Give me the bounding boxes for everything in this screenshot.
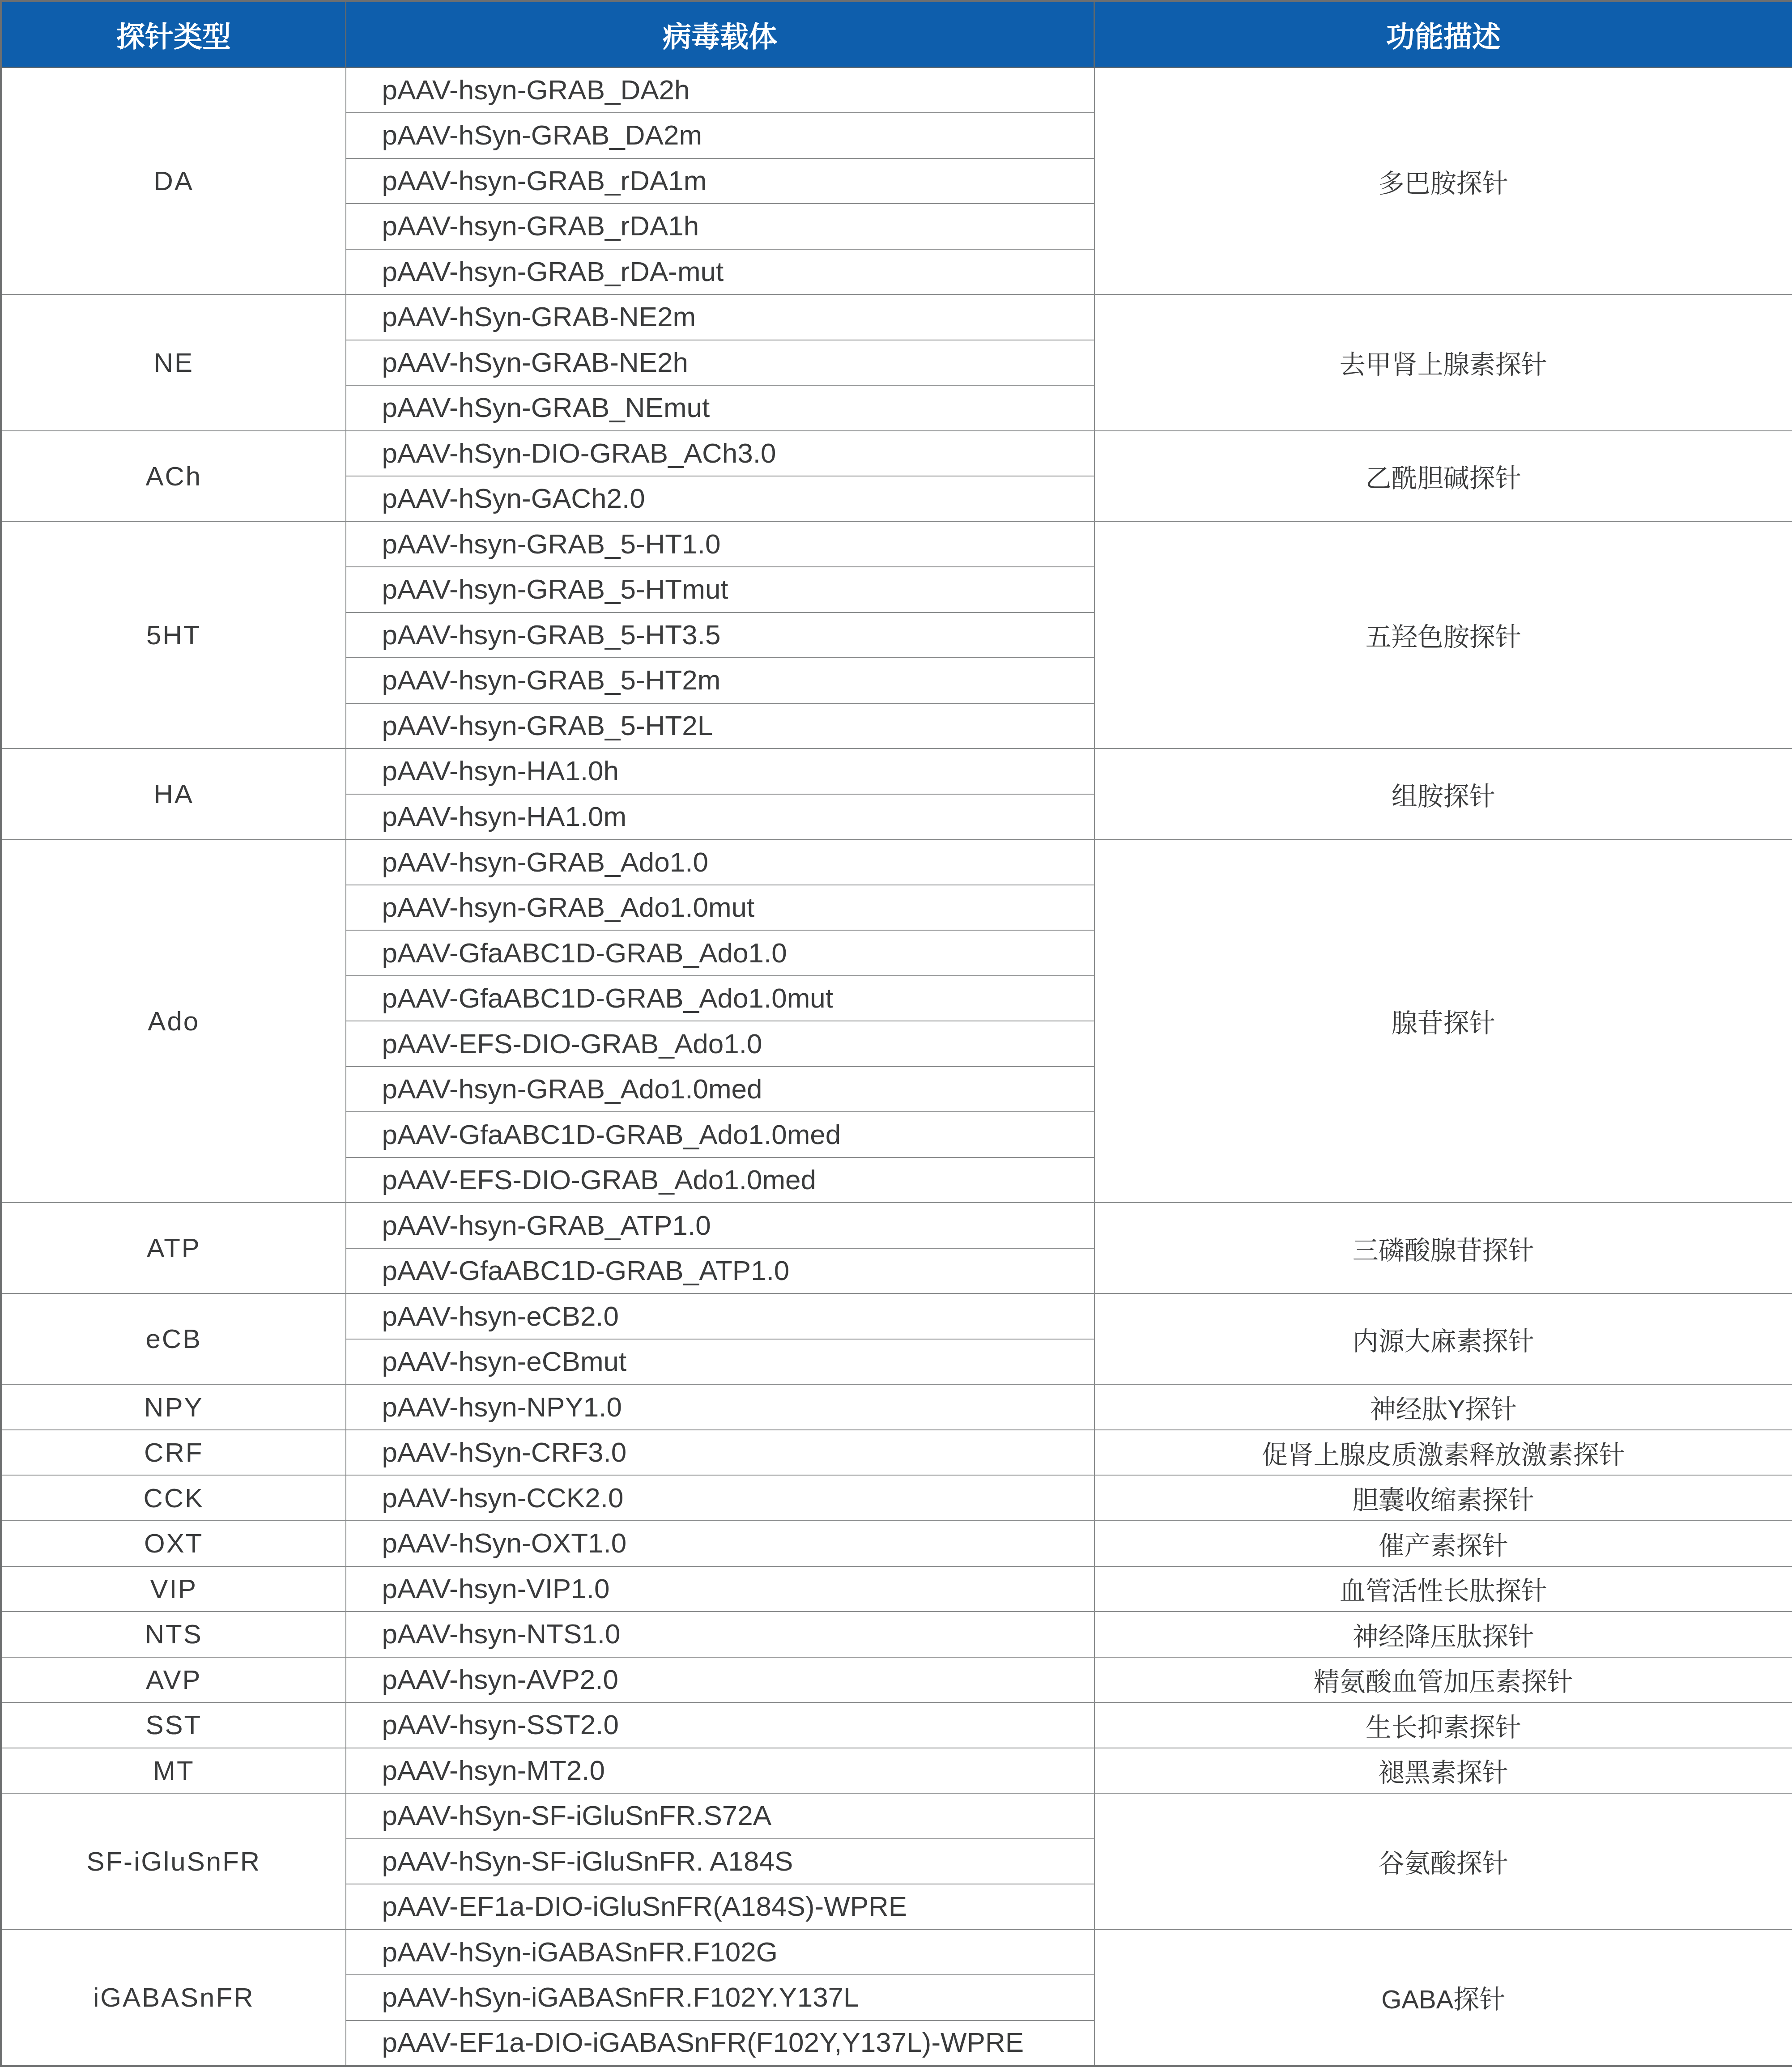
vector-cell: pAAV-hSyn-GRAB_DA2m [346,113,1094,158]
vector-cell: pAAV-GfaABC1D-GRAB_Ado1.0mut [346,976,1094,1021]
vector-cell: pAAV-hsyn-eCBmut [346,1339,1094,1385]
probe-type-cell: AVP [1,1657,346,1703]
vector-cell: pAAV-hsyn-AVP2.0 [346,1657,1094,1703]
vector-cell: pAAV-hSyn-GRAB_NEmut [346,385,1094,431]
vector-cell: pAAV-hsyn-GRAB_5-HT2L [346,703,1094,749]
vector-cell: pAAV-hsyn-NPY1.0 [346,1384,1094,1430]
function-desc-cell: 组胺探针 [1094,749,1792,839]
probe-type-cell: DA [1,68,346,295]
vector-cell: pAAV-hSyn-GRAB-NE2m [346,294,1094,340]
vector-cell: pAAV-hsyn-GRAB_Ado1.0mut [346,885,1094,931]
probe-type-cell: SF-iGluSnFR [1,1793,346,1930]
probe-type-cell: NE [1,294,346,431]
table-row: iGABASnFRpAAV-hSyn-iGABASnFR.F102GGABA探针 [1,1930,1792,1975]
function-desc-cell: 催产素探针 [1094,1521,1792,1566]
probe-type-cell: CRF [1,1430,346,1476]
vector-cell: pAAV-hsyn-HA1.0h [346,749,1094,794]
vector-cell: pAAV-hsyn-GRAB_5-HT2m [346,658,1094,703]
vector-cell: pAAV-EF1a-DIO-iGABASnFR(F102Y,Y137L)-WPR… [346,2020,1094,2066]
probe-type-cell: 5HT [1,522,346,749]
function-desc-cell: 腺苷探针 [1094,839,1792,1203]
vector-cell: pAAV-hsyn-GRAB_rDA1h [346,204,1094,249]
function-desc-cell: 神经降压肽探针 [1094,1612,1792,1657]
vector-cell: pAAV-hSyn-OXT1.0 [346,1521,1094,1566]
table-row: MTpAAV-hsyn-MT2.0褪黑素探针 [1,1748,1792,1794]
vector-cell: pAAV-hsyn-VIP1.0 [346,1566,1094,1612]
probe-type-cell: CCK [1,1475,346,1521]
table-row: SSTpAAV-hsyn-SST2.0生长抑素探针 [1,1702,1792,1748]
probe-type-cell: MT [1,1748,346,1794]
vector-cell: pAAV-EFS-DIO-GRAB_Ado1.0 [346,1021,1094,1067]
function-desc-cell: 多巴胺探针 [1094,68,1792,295]
function-desc-cell: 乙酰胆碱探针 [1094,431,1792,522]
table-row: CCKpAAV-hsyn-CCK2.0胆囊收缩素探针 [1,1475,1792,1521]
header-viral-vector: 病毒载体 [346,1,1094,68]
vector-cell: pAAV-hsyn-GRAB_ATP1.0 [346,1203,1094,1248]
table-row: HApAAV-hsyn-HA1.0h组胺探针 [1,749,1792,794]
probe-type-cell: HA [1,749,346,839]
vector-cell: pAAV-hsyn-GRAB_5-HT3.5 [346,612,1094,658]
header-row: 探针类型 病毒载体 功能描述 [1,1,1792,68]
probe-type-cell: SST [1,1702,346,1748]
function-desc-cell: 精氨酸血管加压素探针 [1094,1657,1792,1703]
probe-type-cell: ATP [1,1203,346,1293]
vector-cell: pAAV-EF1a-DIO-iGluSnFR(A184S)-WPRE [346,1884,1094,1930]
vector-cell: pAAV-hsyn-HA1.0m [346,794,1094,840]
function-desc-cell: 神经肽Y探针 [1094,1384,1792,1430]
table-row: eCBpAAV-hsyn-eCB2.0内源大麻素探针 [1,1293,1792,1339]
vector-cell: pAAV-hSyn-GACh2.0 [346,476,1094,522]
vector-cell: pAAV-hsyn-CCK2.0 [346,1475,1094,1521]
vector-cell: pAAV-hsyn-GRAB_rDA-mut [346,249,1094,295]
table-row: NPYpAAV-hsyn-NPY1.0神经肽Y探针 [1,1384,1792,1430]
function-desc-cell: 内源大麻素探针 [1094,1293,1792,1384]
table-row: ATPpAAV-hsyn-GRAB_ATP1.0三磷酸腺苷探针 [1,1203,1792,1248]
probe-vector-table: 探针类型 病毒载体 功能描述 DApAAV-hsyn-GRAB_DA2h多巴胺探… [0,0,1792,2067]
table-row: OXTpAAV-hSyn-OXT1.0催产素探针 [1,1521,1792,1566]
function-desc-cell: 生长抑素探针 [1094,1702,1792,1748]
probe-type-cell: OXT [1,1521,346,1566]
vector-cell: pAAV-hSyn-SF-iGluSnFR. A184S [346,1839,1094,1884]
table-body: DApAAV-hsyn-GRAB_DA2h多巴胺探针pAAV-hSyn-GRAB… [1,68,1792,2066]
function-desc-cell: GABA探针 [1094,1930,1792,2066]
function-desc-cell: 褪黑素探针 [1094,1748,1792,1794]
function-desc-cell: 谷氨酸探针 [1094,1793,1792,1930]
vector-cell: pAAV-hsyn-NTS1.0 [346,1612,1094,1657]
function-desc-cell: 去甲肾上腺素探针 [1094,294,1792,431]
vector-cell: pAAV-hsyn-MT2.0 [346,1748,1094,1794]
table-row: NTSpAAV-hsyn-NTS1.0神经降压肽探针 [1,1612,1792,1657]
header-function-description: 功能描述 [1094,1,1792,68]
vector-cell: pAAV-hsyn-GRAB_5-HTmut [346,567,1094,612]
function-desc-cell: 五羟色胺探针 [1094,522,1792,749]
header-probe-type: 探针类型 [1,1,346,68]
table-row: DApAAV-hsyn-GRAB_DA2h多巴胺探针 [1,68,1792,113]
table-row: VIPpAAV-hsyn-VIP1.0血管活性长肽探针 [1,1566,1792,1612]
vector-cell: pAAV-hsyn-SST2.0 [346,1702,1094,1748]
vector-cell: pAAV-hSyn-DIO-GRAB_ACh3.0 [346,431,1094,476]
vector-cell: pAAV-hsyn-eCB2.0 [346,1293,1094,1339]
table-row: SF-iGluSnFRpAAV-hSyn-SF-iGluSnFR.S72A谷氨酸… [1,1793,1792,1839]
vector-cell: pAAV-hsyn-GRAB_Ado1.0 [346,839,1094,885]
probe-type-cell: iGABASnFR [1,1930,346,2066]
table-row: CRFpAAV-hSyn-CRF3.0促肾上腺皮质激素释放激素探针 [1,1430,1792,1476]
vector-cell: pAAV-hSyn-SF-iGluSnFR.S72A [346,1793,1094,1839]
vector-cell: pAAV-GfaABC1D-GRAB_Ado1.0 [346,930,1094,976]
vector-cell: pAAV-EFS-DIO-GRAB_Ado1.0med [346,1157,1094,1203]
probe-type-cell: ACh [1,431,346,522]
vector-cell: pAAV-hSyn-iGABASnFR.F102G [346,1930,1094,1975]
vector-cell: pAAV-hsyn-GRAB_Ado1.0med [346,1067,1094,1112]
table-row: 5HTpAAV-hsyn-GRAB_5-HT1.0五羟色胺探针 [1,522,1792,567]
vector-cell: pAAV-hsyn-GRAB_DA2h [346,68,1094,113]
function-desc-cell: 促肾上腺皮质激素释放激素探针 [1094,1430,1792,1476]
vector-cell: pAAV-hsyn-GRAB_5-HT1.0 [346,522,1094,567]
probe-type-cell: eCB [1,1293,346,1384]
probe-type-cell: NTS [1,1612,346,1657]
vector-cell: pAAV-hSyn-CRF3.0 [346,1430,1094,1476]
function-desc-cell: 胆囊收缩素探针 [1094,1475,1792,1521]
probe-type-cell: Ado [1,839,346,1203]
table-row: AChpAAV-hSyn-DIO-GRAB_ACh3.0乙酰胆碱探针 [1,431,1792,476]
table-row: AdopAAV-hsyn-GRAB_Ado1.0腺苷探针 [1,839,1792,885]
function-desc-cell: 三磷酸腺苷探针 [1094,1203,1792,1293]
vector-cell: pAAV-GfaABC1D-GRAB_ATP1.0 [346,1248,1094,1294]
table-row: AVPpAAV-hsyn-AVP2.0精氨酸血管加压素探针 [1,1657,1792,1703]
vector-cell: pAAV-hsyn-GRAB_rDA1m [346,158,1094,204]
table-header: 探针类型 病毒载体 功能描述 [1,1,1792,68]
vector-cell: pAAV-hSyn-iGABASnFR.F102Y.Y137L [346,1975,1094,2020]
probe-type-cell: NPY [1,1384,346,1430]
vector-cell: pAAV-GfaABC1D-GRAB_Ado1.0med [346,1112,1094,1157]
table-row: NEpAAV-hSyn-GRAB-NE2m去甲肾上腺素探针 [1,294,1792,340]
function-desc-cell: 血管活性长肽探针 [1094,1566,1792,1612]
probe-type-cell: VIP [1,1566,346,1612]
vector-cell: pAAV-hSyn-GRAB-NE2h [346,340,1094,386]
